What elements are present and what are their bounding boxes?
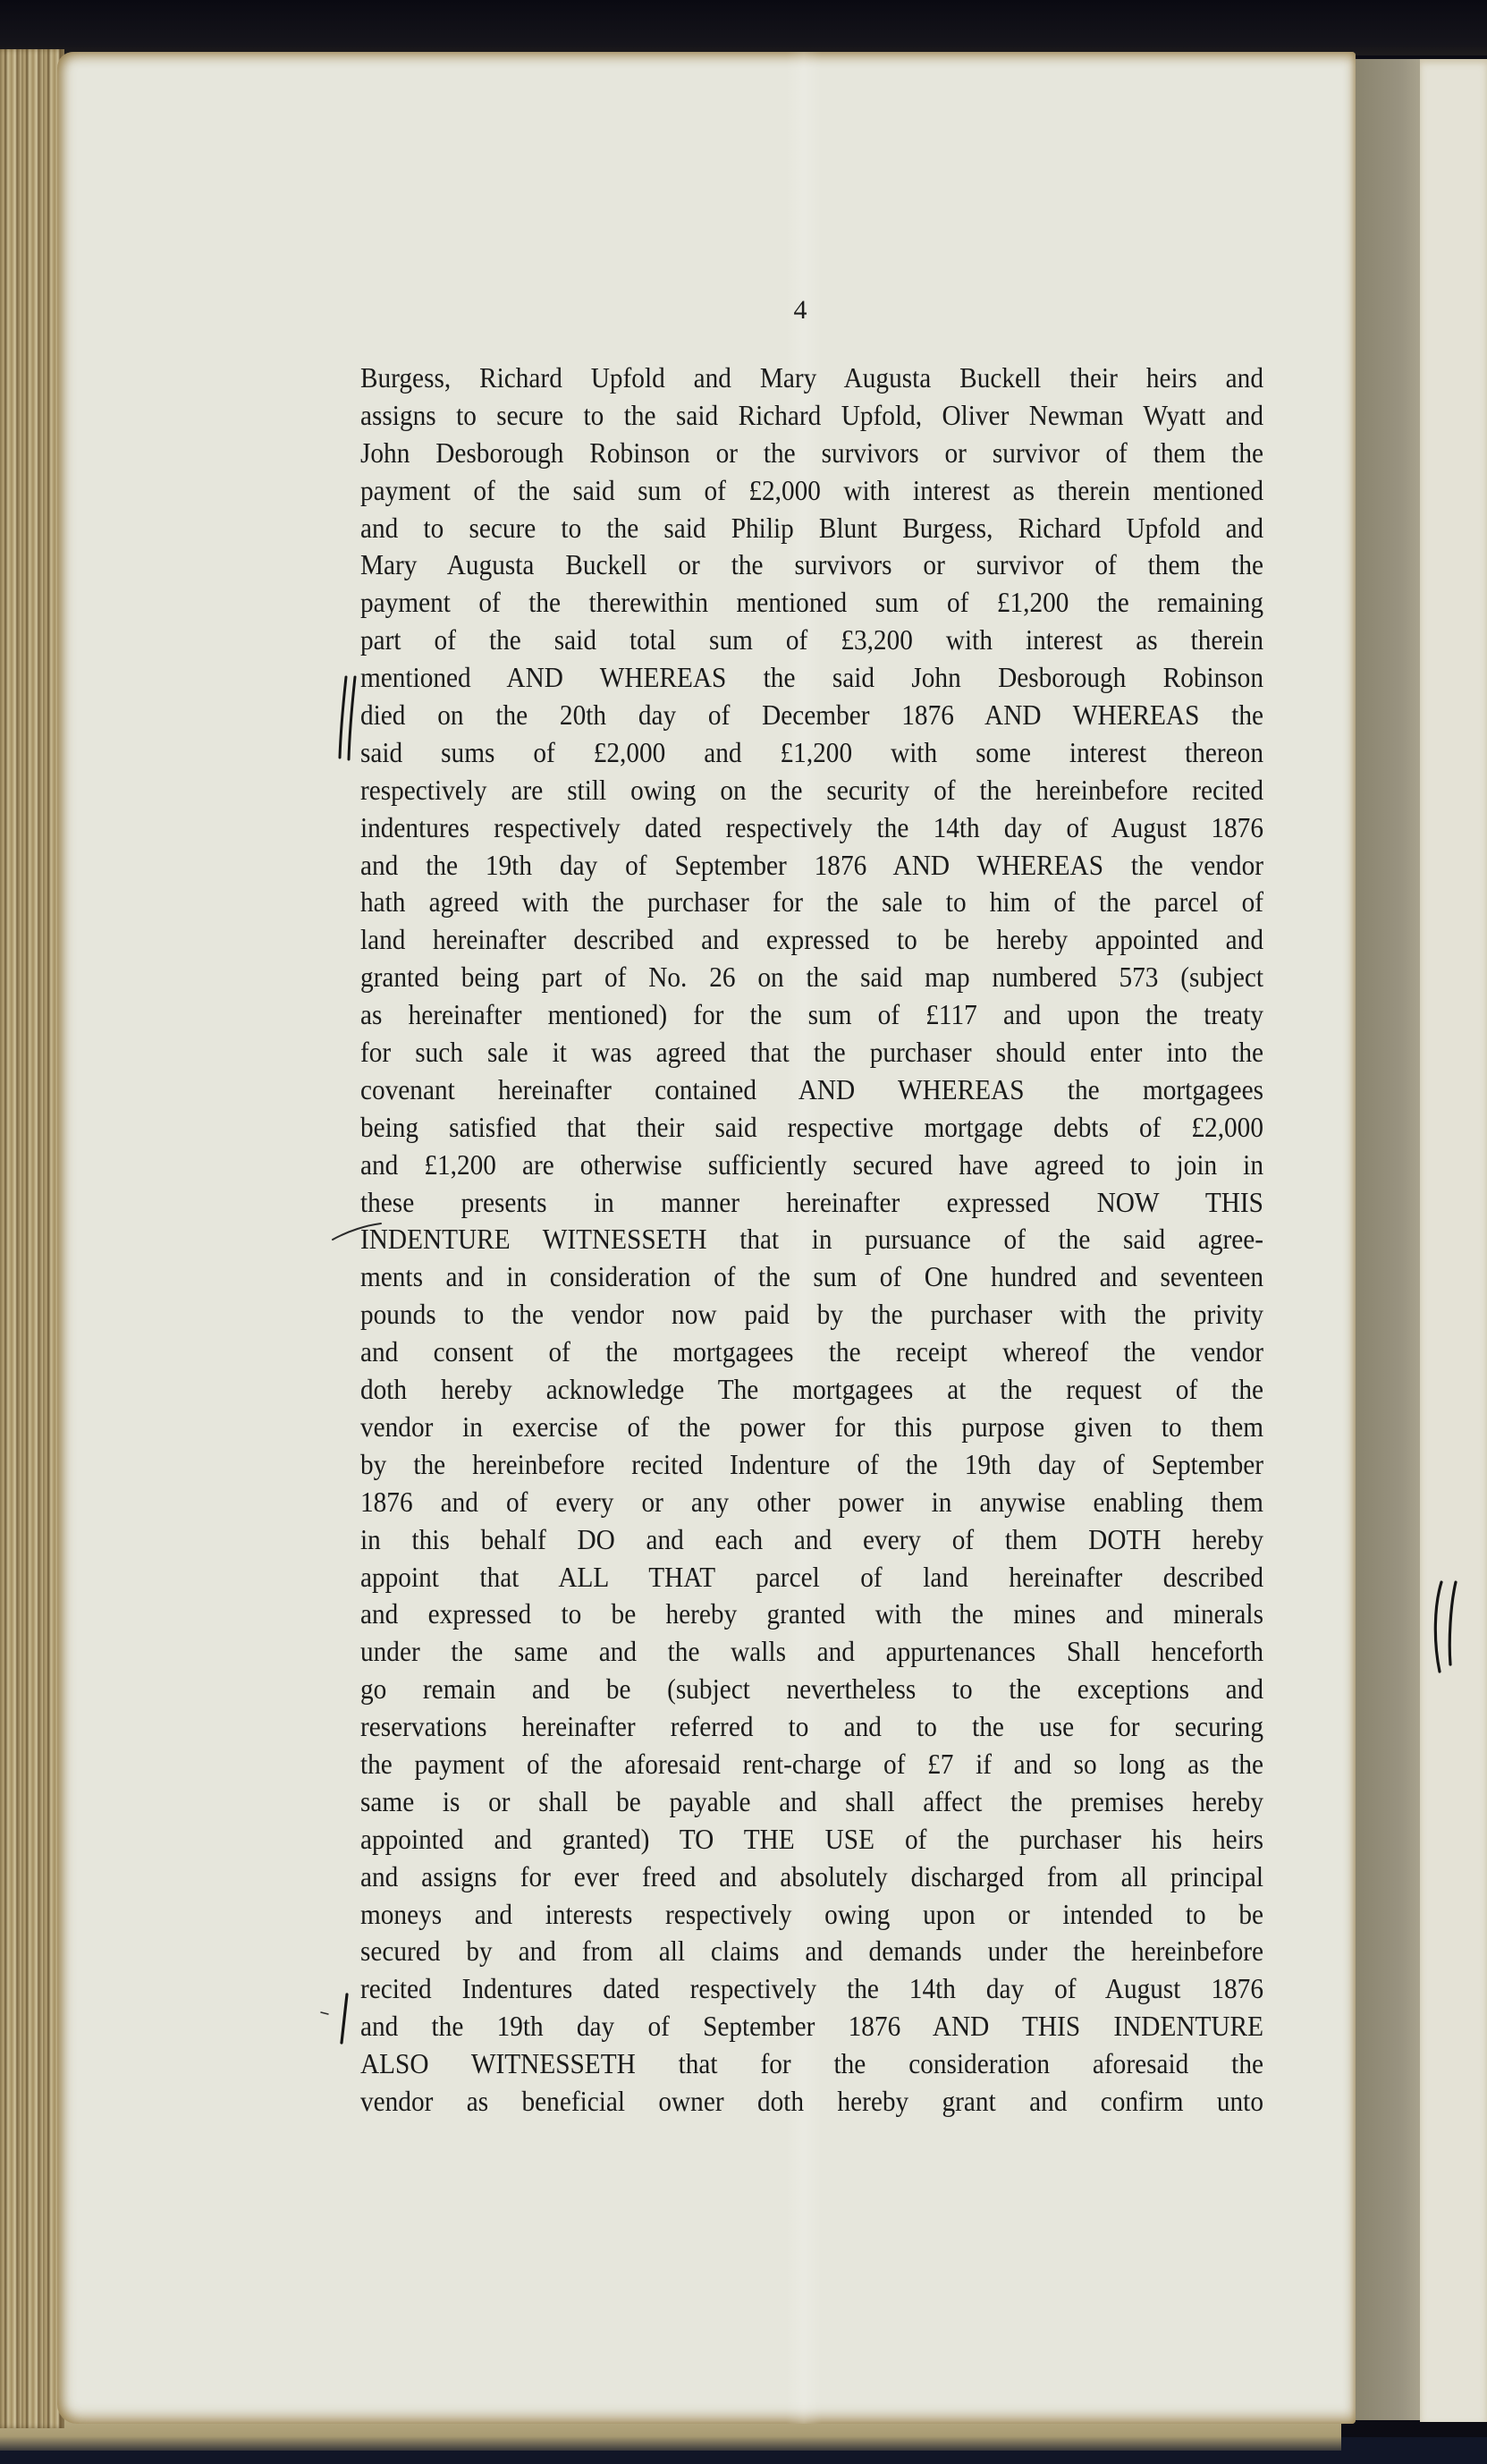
text-line: died on the 20th day of December 1876 AN… bbox=[360, 697, 1263, 734]
text-line: payment of the said sum of £2,000 with i… bbox=[360, 472, 1263, 510]
text-line: in this behalf DO and each and every of … bbox=[360, 1521, 1263, 1559]
text-line: mentioned AND WHEREAS the said John Desb… bbox=[360, 659, 1263, 697]
document-body: Burgess, Richard Upfold and Mary Augusta… bbox=[360, 360, 1200, 2121]
text-line: moneys and interests respectively owing … bbox=[360, 1896, 1263, 1934]
text-line: vendor as beneficial owner doth hereby g… bbox=[360, 2083, 1263, 2121]
text-line: indentures respectively dated respective… bbox=[360, 809, 1263, 847]
text-line: these presents in manner hereinafter exp… bbox=[360, 1184, 1263, 1222]
text-line: ALSO WITNESSETH that for the considerati… bbox=[360, 2045, 1263, 2083]
text-line: said sums of £2,000 and £1,200 with some… bbox=[360, 734, 1263, 772]
text-line: and the 19th day of September 1876 AND T… bbox=[360, 2008, 1263, 2045]
text-line: for such sale it was agreed that the pur… bbox=[360, 1034, 1263, 1071]
text-line: Burgess, Richard Upfold and Mary Augusta… bbox=[360, 360, 1263, 397]
text-line: part of the said total sum of £3,200 wit… bbox=[360, 622, 1263, 659]
text-line: and consent of the mortgagees the receip… bbox=[360, 1334, 1263, 1371]
text-line: appoint that ALL THAT parcel of land her… bbox=[360, 1559, 1263, 1596]
page-stack-edges bbox=[0, 49, 64, 2428]
text-line: recited Indentures dated respectively th… bbox=[360, 1970, 1263, 2008]
text-line: John Desborough Robinson or the survivor… bbox=[360, 435, 1263, 472]
text-line: INDENTURE WITNESSETH that in pursuance o… bbox=[360, 1221, 1263, 1258]
text-line: respectively are still owing on the secu… bbox=[360, 772, 1263, 809]
text-line: appointed and granted) TO THE USE of the… bbox=[360, 1821, 1263, 1859]
page-number: 4 bbox=[787, 295, 814, 326]
dark-background-top bbox=[0, 0, 1487, 55]
text-line: secured by and from all claims and deman… bbox=[360, 1933, 1263, 1970]
text-line: and to secure to the said Philip Blunt B… bbox=[360, 510, 1263, 547]
text-line: granted being part of No. 26 on the said… bbox=[360, 959, 1263, 996]
text-line: by the hereinbefore recited Indenture of… bbox=[360, 1446, 1263, 1484]
text-line: vendor in exercise of the power for this… bbox=[360, 1409, 1263, 1446]
text-line: Mary Augusta Buckell or the survivors or… bbox=[360, 546, 1263, 584]
next-page-edge bbox=[1420, 59, 1487, 2422]
text-line: as hereinafter mentioned) for the sum of… bbox=[360, 996, 1263, 1034]
text-line: covenant hereinafter contained AND WHERE… bbox=[360, 1071, 1263, 1109]
text-line: the payment of the aforesaid rent-charge… bbox=[360, 1746, 1263, 1783]
text-line: and the 19th day of September 1876 AND W… bbox=[360, 847, 1263, 885]
text-line: assigns to secure to the said Richard Up… bbox=[360, 397, 1263, 435]
text-line: and assigns for ever freed and absolutel… bbox=[360, 1859, 1263, 1896]
text-line: hath agreed with the purchaser for the s… bbox=[360, 884, 1263, 921]
text-line: land hereinafter described and expressed… bbox=[360, 921, 1263, 959]
text-line: 1876 and of every or any other power in … bbox=[360, 1484, 1263, 1521]
text-line: and expressed to be hereby granted with … bbox=[360, 1596, 1263, 1633]
text-line: go remain and be (subject nevertheless t… bbox=[360, 1671, 1263, 1708]
text-line: payment of the therewithin mentioned sum… bbox=[360, 584, 1263, 622]
page-gutter-shadow bbox=[1356, 59, 1420, 2420]
text-line: and £1,200 are otherwise sufficiently se… bbox=[360, 1147, 1263, 1184]
text-line: under the same and the walls and appurte… bbox=[360, 1633, 1263, 1671]
text-line: doth hereby acknowledge The mortgagees a… bbox=[360, 1371, 1263, 1409]
text-line: being satisfied that their said respecti… bbox=[360, 1109, 1263, 1147]
text-line: same is or shall be payable and shall af… bbox=[360, 1783, 1263, 1821]
text-line: pounds to the vendor now paid by the pur… bbox=[360, 1296, 1263, 1334]
text-line: ments and in consideration of the sum of… bbox=[360, 1258, 1263, 1296]
text-line: reservations hereinafter referred to and… bbox=[360, 1708, 1263, 1746]
